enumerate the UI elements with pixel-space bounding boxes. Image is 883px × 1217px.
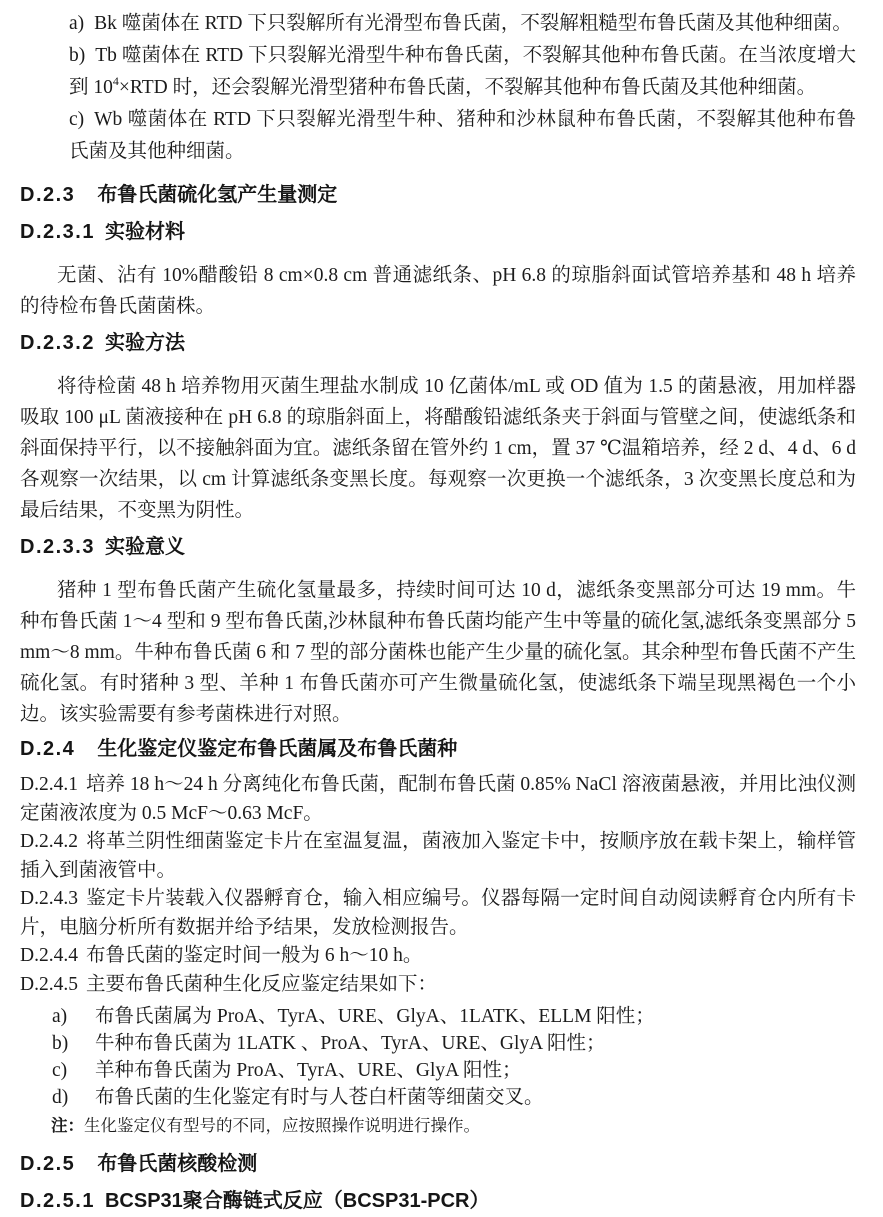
clause-d244: D.2.4.4布鲁氏菌的鉴定时间一般为 6 h～10 h。 bbox=[20, 942, 856, 971]
heading-d25: D.2.5布鲁氏菌核酸检测 bbox=[20, 1151, 856, 1178]
clause-number: D.2.4.4 bbox=[20, 945, 78, 966]
note-line: 注：生化鉴定仪有型号的不同，应按照操作说明进行操作。 bbox=[20, 1113, 856, 1139]
result-item-text: 布鲁氏菌属为 ProA、TyrA、URE、GlyA、1LATK、ELLM 阳性； bbox=[95, 1003, 856, 1030]
result-item-label: d) bbox=[52, 1084, 95, 1111]
result-item-text: 羊种布鲁氏菌为 ProA、TyrA、URE、GlyA 阳性； bbox=[95, 1057, 856, 1084]
heading-title: BCSP31聚合酶链式反应（BCSP31-PCR） bbox=[105, 1190, 490, 1212]
list-item-text: Wb 噬菌体在 RTD 下只裂解光滑型牛种、猪种和沙林鼠种布鲁氏菌，不裂解其他种… bbox=[69, 109, 856, 162]
paragraph-d232: 将待检菌 48 h 培养物用灭菌生理盐水制成 10 亿菌体/mL 或 OD 值为… bbox=[20, 371, 856, 526]
list-item-label: c) bbox=[69, 109, 84, 130]
result-item-a: a)布鲁氏菌属为 ProA、TyrA、URE、GlyA、1LATK、ELLM 阳… bbox=[52, 1003, 856, 1030]
clause-d242: D.2.4.2将革兰阴性细菌鉴定卡片在室温复温，菌液加入鉴定卡中，按顺序放在载卡… bbox=[20, 828, 856, 885]
list-item-b: b)Tb 噬菌体在 RTD 下只裂解光滑型牛种布鲁氏菌，不裂解其他种布鲁氏菌。在… bbox=[69, 40, 856, 104]
heading-title: 实验方法 bbox=[105, 332, 185, 354]
heading-d231: D.2.3.1实验材料 bbox=[20, 219, 856, 246]
paragraph-d233: 猪种 1 型布鲁氏菌产生硫化氢量最多，持续时间可达 10 d，滤纸条变黑部分可达… bbox=[20, 575, 856, 730]
list-item-label: a) bbox=[69, 13, 84, 34]
clause-number: D.2.4.1 bbox=[20, 774, 78, 795]
clause-text: 鉴定卡片装载入仪器孵育仓，输入相应编号。仪器每隔一定时间自动阅读孵育仓内所有卡片… bbox=[20, 888, 856, 938]
result-item-text: 布鲁氏菌的生化鉴定有时与人苍白杆菌等细菌交叉。 bbox=[95, 1084, 856, 1111]
heading-number: D.2.5 bbox=[20, 1153, 75, 1175]
heading-title: 生化鉴定仪鉴定布鲁氏菌属及布鲁氏菌种 bbox=[97, 738, 457, 760]
heading-d232: D.2.3.2实验方法 bbox=[20, 330, 856, 357]
note-text: 生化鉴定仪有型号的不同，应按照操作说明进行操作。 bbox=[84, 1116, 480, 1135]
note-label: 注： bbox=[51, 1117, 84, 1135]
clause-text: 培养 18 h～24 h 分离纯化布鲁氏菌，配制布鲁氏菌 0.85% NaCl … bbox=[20, 774, 856, 824]
heading-number: D.2.3.2 bbox=[20, 332, 95, 354]
result-item-d: d)布鲁氏菌的生化鉴定有时与人苍白杆菌等细菌交叉。 bbox=[52, 1084, 856, 1111]
clause-text: 将革兰阴性细菌鉴定卡片在室温复温，菌液加入鉴定卡中，按顺序放在载卡架上，输样管插… bbox=[20, 831, 856, 881]
result-item-text: 牛种布鲁氏菌为 1LATK 、ProA、TyrA、URE、GlyA 阳性； bbox=[95, 1030, 856, 1057]
clause-number: D.2.4.5 bbox=[20, 974, 78, 995]
heading-title: 布鲁氏菌硫化氢产生量测定 bbox=[97, 184, 337, 206]
list-item-a: a)Bk 噬菌体在 RTD 下只裂解所有光滑型布鲁氏菌，不裂解粗糙型布鲁氏菌及其… bbox=[69, 8, 856, 40]
clause-d243: D.2.4.3鉴定卡片装载入仪器孵育仓，输入相应编号。仪器每隔一定时间自动阅读孵… bbox=[20, 885, 856, 942]
paragraph-d231: 无菌、沾有 10%醋酸铅 8 cm×0.8 cm 普通滤纸条、pH 6.8 的琼… bbox=[20, 260, 856, 322]
heading-number: D.2.3.3 bbox=[20, 536, 95, 558]
heading-d251: D.2.5.1BCSP31聚合酶链式反应（BCSP31-PCR） bbox=[20, 1188, 856, 1215]
heading-number: D.2.5.1 bbox=[20, 1190, 95, 1212]
result-item-label: c) bbox=[52, 1057, 95, 1084]
list-item-c: c)Wb 噬菌体在 RTD 下只裂解光滑型牛种、猪种和沙林鼠种布鲁氏菌，不裂解其… bbox=[69, 104, 856, 168]
heading-number: D.2.3.1 bbox=[20, 221, 95, 243]
heading-number: D.2.3 bbox=[20, 184, 75, 206]
clause-d245: D.2.4.5主要布鲁氏菌种生化反应鉴定结果如下： bbox=[20, 971, 856, 1000]
heading-d233: D.2.3.3实验意义 bbox=[20, 534, 856, 561]
superscript-exponent: 4 bbox=[113, 74, 119, 88]
clause-d241: D.2.4.1培养 18 h～24 h 分离纯化布鲁氏菌，配制布鲁氏菌 0.85… bbox=[20, 771, 856, 828]
clause-text: 主要布鲁氏菌种生化反应鉴定结果如下： bbox=[86, 974, 437, 995]
result-item-c: c)羊种布鲁氏菌为 ProA、TyrA、URE、GlyA 阳性； bbox=[52, 1057, 856, 1084]
clause-number: D.2.4.2 bbox=[20, 831, 78, 852]
heading-d24: D.2.4生化鉴定仪鉴定布鲁氏菌属及布鲁氏菌种 bbox=[20, 736, 856, 763]
list-item-label: b) bbox=[69, 45, 85, 66]
phage-lysis-list: a)Bk 噬菌体在 RTD 下只裂解所有光滑型布鲁氏菌，不裂解粗糙型布鲁氏菌及其… bbox=[20, 8, 856, 168]
heading-title: 实验材料 bbox=[105, 221, 185, 243]
heading-d23: D.2.3布鲁氏菌硫化氢产生量测定 bbox=[20, 182, 856, 209]
heading-title: 布鲁氏菌核酸检测 bbox=[97, 1153, 257, 1175]
result-item-b: b)牛种布鲁氏菌为 1LATK 、ProA、TyrA、URE、GlyA 阳性； bbox=[52, 1030, 856, 1057]
document-page: a)Bk 噬菌体在 RTD 下只裂解所有光滑型布鲁氏菌，不裂解粗糙型布鲁氏菌及其… bbox=[0, 0, 883, 1217]
list-item-text: ×RTD 时，还会裂解光滑型猪种布鲁氏菌，不裂解其他种布鲁氏菌及其他种细菌。 bbox=[119, 77, 816, 98]
list-item-text: Bk 噬菌体在 RTD 下只裂解所有光滑型布鲁氏菌，不裂解粗糙型布鲁氏菌及其他种… bbox=[94, 13, 852, 34]
result-item-label: a) bbox=[52, 1003, 95, 1030]
clause-number: D.2.4.3 bbox=[20, 888, 78, 909]
biochem-result-list: a)布鲁氏菌属为 ProA、TyrA、URE、GlyA、1LATK、ELLM 阳… bbox=[20, 1003, 856, 1111]
result-item-label: b) bbox=[52, 1030, 95, 1057]
heading-title: 实验意义 bbox=[105, 536, 185, 558]
clause-text: 布鲁氏菌的鉴定时间一般为 6 h～10 h。 bbox=[86, 945, 422, 966]
heading-number: D.2.4 bbox=[20, 738, 75, 760]
